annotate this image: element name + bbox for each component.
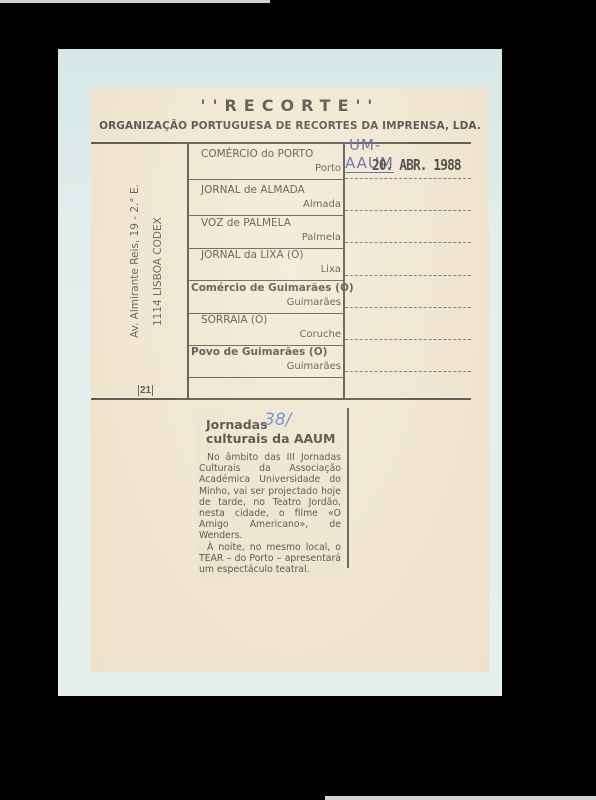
publication-city: Lixa	[321, 264, 341, 275]
agency-subtitle: ORGANIZAÇÃO PORTUGUESA DE RECORTES DA IM…	[91, 120, 489, 132]
date-column-rule	[345, 339, 471, 340]
publication-city: Coruche	[299, 329, 341, 340]
clipping-paragraph: À noite, no mesmo local, o TEAR – do Por…	[199, 542, 341, 576]
publication-row: JORNAL da LIXA (O) Lixa	[189, 245, 343, 281]
clipping-slip: ''RECORTE'' ORGANIZAÇÃO PORTUGUESA DE RE…	[91, 88, 489, 672]
date-column-rule	[345, 371, 471, 372]
publication-city: Porto	[315, 163, 341, 174]
address-line-1: Av. Almirante Reis, 19 - 2.° E.	[129, 184, 141, 338]
date-column-rule	[345, 242, 471, 243]
publication-row: JORNAL de ALMADA Almada	[189, 180, 343, 216]
date-column-rule	[345, 210, 471, 211]
clipping-column-rule	[347, 408, 349, 568]
column-divider-right	[343, 142, 345, 398]
publication-name: Povo de Guimarães (O)	[191, 346, 327, 358]
date-stamp: 20. ABR. 1988	[372, 156, 461, 174]
publication-row: Povo de Guimarães (O) Guimarães	[189, 342, 343, 378]
publication-city: Palmela	[302, 232, 341, 243]
publication-row: VOZ de PALMELA Palmela	[189, 213, 343, 249]
clipping-paragraph: No âmbito das III Jornadas Culturais da …	[199, 452, 341, 542]
agency-title: ''RECORTE''	[91, 96, 489, 115]
publication-row: SORRAIA (O) Coruche	[189, 310, 343, 346]
publication-row: Comércio de Guimarães (O) Guimarães	[189, 278, 343, 314]
clipping-body: No âmbito das III Jornadas Culturais da …	[199, 452, 341, 575]
date-column-rule	[345, 307, 471, 308]
handwritten-reference: 38/	[264, 410, 291, 430]
publication-name: JORNAL de ALMADA	[201, 184, 305, 196]
publication-name: SORRAIA (O)	[201, 314, 267, 326]
publication-row: COMÉRCIO do PORTO Porto	[189, 144, 343, 180]
date-column-rule	[345, 275, 471, 276]
publication-name: Comércio de Guimarães (O)	[191, 282, 354, 294]
box-number: 21	[138, 385, 153, 396]
publication-name: JORNAL da LIXA (O)	[201, 249, 303, 261]
publication-city: Guimarães	[287, 297, 341, 308]
scan-edge-top	[0, 0, 270, 3]
scan-edge-bottom	[325, 796, 596, 800]
date-column-rule	[345, 178, 471, 179]
publication-city: Almada	[303, 199, 341, 210]
handwritten-code-line1: UM-	[349, 136, 381, 154]
publication-name: VOZ de PALMELA	[201, 217, 291, 229]
table-bottom-rule	[91, 398, 471, 400]
newspaper-clipping: Jornadas culturais da AAUM 38/ No âmbito…	[196, 408, 344, 580]
publication-name: COMÉRCIO do PORTO	[201, 148, 313, 160]
address-line-2: 1114 LISBOA CODEX	[152, 217, 164, 326]
publication-city: Guimarães	[287, 361, 341, 372]
